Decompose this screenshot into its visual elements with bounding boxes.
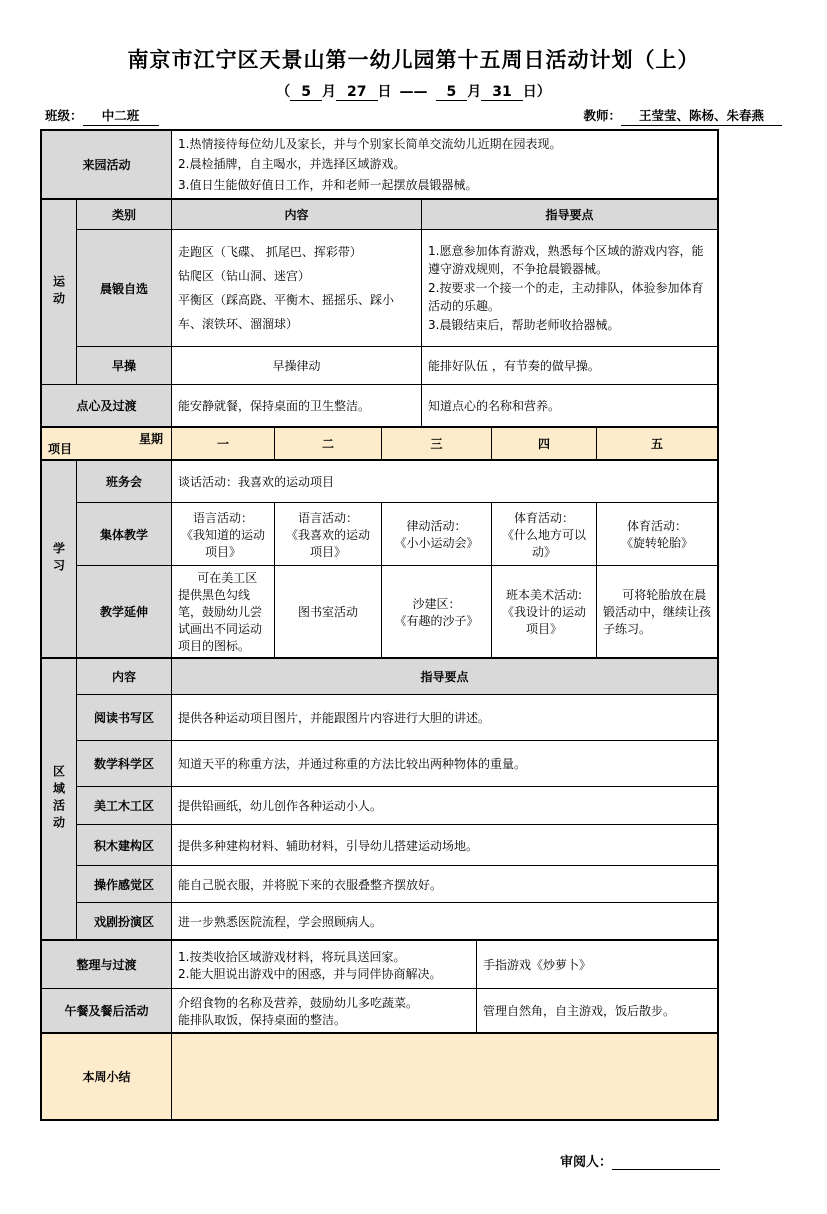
weekday-corner: 星期 项目 [42,428,172,459]
sport-header-category: 类别 [77,200,172,229]
row-extension: 教学延伸 可在美工区提供黑色勾线笔，鼓励幼儿尝试画出不同运动项目的图标。 图书室… [77,566,717,657]
row-morning-exercise: 晨锻自选 走跑区（飞碟、 抓尾巴、挥彩带） 钻爬区（钻山洞、迷宫） 平衡区（踩高… [77,230,717,347]
group-teaching-fri: 体育活动： 《旋转轮胎》 [597,503,717,565]
extension-wed: 沙建区： 《有趣的沙子》 [382,566,492,657]
section-learning: 学习 班务会 谈话活动：我喜欢的运动项目 集体教学 语言活动： 《我知道的运动项… [42,461,717,659]
region-row-math: 数学科学区 知道天平的称重方法，并通过称重的方法比较出两种物体的重量。 [77,741,717,787]
group-teaching-wed: 律动活动： 《小小运动会》 [382,503,492,565]
morning-label: 晨锻自选 [77,230,172,346]
sport-header-row: 类别 内容 指导要点 [77,200,717,230]
tidy-content: 1.按类收拾区域游戏材料，将玩具送回家。 2.能大胆说出游戏中的困惑，并与同伴协… [172,941,477,988]
info-line: 班级：中二班 教师：王莹莹、陈杨、朱春燕 [45,106,782,126]
date-month-char-1: 月 [322,84,336,100]
summary-label: 本周小结 [42,1034,172,1119]
class-label: 班级： [45,108,83,123]
snack-label: 点心及过渡 [42,385,172,426]
teacher-field: 教师：王莹莹、陈杨、朱春燕 [583,106,782,126]
page-title: 南京市江宁区天景山第一幼儿园第十五周日活动计划（上） [0,44,827,74]
region-label: 区域活动 [42,659,77,939]
class-field: 班级：中二班 [45,106,159,126]
drama-area-text: 进一步熟悉医院流程，学会照顾病人。 [172,903,717,939]
group-teaching-label: 集体教学 [77,503,172,565]
morning-content: 走跑区（飞碟、 抓尾巴、挥彩带） 钻爬区（钻山洞、迷宫） 平衡区（踩高跷、平衡木… [172,230,422,346]
lunch-content: 介绍食物的名称及营养，鼓励幼儿多吃蔬菜。 能排队取饭，保持桌面的整洁。 [172,989,477,1032]
lunch-points: 管理自然角，自主游戏，饭后散步。 [477,989,717,1032]
section-sport: 运动 类别 内容 指导要点 晨锻自选 走跑区（飞碟、 抓尾巴、挥彩带） 钻爬区（… [42,200,717,385]
teacher-label: 教师： [583,108,621,123]
corner-project-label: 项目 [48,440,72,457]
sport-header-points: 指导要点 [422,200,717,229]
art-area-text: 提供铅画纸，幼儿创作各种运动小人。 [172,787,717,824]
row-snack: 点心及过渡 能安静就餐，保持桌面的卫生整洁。 知道点心的名称和营养。 [42,385,717,428]
extension-fri: 可将轮胎放在晨锻活动中，继续让孩子练习。 [597,566,717,657]
drama-area-label: 戏剧扮演区 [77,903,172,939]
snack-points: 知道点心的名称和营养。 [422,385,717,426]
sport-label: 运动 [42,200,77,384]
row-group-teaching: 集体教学 语言活动： 《我知道的运动项目》 语言活动： 《我喜欢的运动项目》 律… [77,503,717,566]
date-close: 日） [523,84,551,100]
extension-label: 教学延伸 [77,566,172,657]
section-region: 区域活动 内容 指导要点 阅读书写区 提供各种运动项目图片，并能跟图片内容进行大… [42,659,717,941]
summary-content [172,1034,717,1119]
tidy-points: 手指游戏《炒萝卜》 [477,941,717,988]
group-teaching-thu: 体育活动： 《什么地方可以动》 [492,503,597,565]
date-month-2: 5 [436,84,468,101]
reading-area-text: 提供各种运动项目图片，并能跟图片内容进行大胆的讲述。 [172,695,717,740]
class-value: 中二班 [83,106,159,126]
date-month-1: 5 [290,84,322,101]
region-row-blocks: 积木建构区 提供多种建构材料、辅助材料，引导幼儿搭建运动场地。 [77,825,717,866]
reviewer-label: 审阅人： [560,1155,612,1170]
arrival-label: 来园活动 [42,131,172,198]
region-header-points: 指导要点 [172,659,717,694]
tidy-label: 整理与过渡 [42,941,172,988]
reviewer-blank [612,1155,720,1170]
lunch-label: 午餐及餐后活动 [42,989,172,1032]
sport-header-content: 内容 [172,200,422,229]
date-month-char-2: 月 [467,84,481,100]
row-lunch: 午餐及餐后活动 介绍食物的名称及营养，鼓励幼儿多吃蔬菜。 能排队取饭，保持桌面的… [42,989,717,1034]
art-area-label: 美工木工区 [77,787,172,824]
drill-content: 早操律动 [172,347,422,384]
weekday-thu: 四 [492,428,597,459]
reading-area-label: 阅读书写区 [77,695,172,740]
class-meeting-label: 班务会 [77,461,172,502]
math-area-text: 知道天平的称重方法，并通过称重的方法比较出两种物体的重量。 [172,741,717,786]
region-row-sensory: 操作感觉区 能自己脱衣服，并将脱下来的衣服叠整齐摆放好。 [77,866,717,903]
learning-label: 学习 [42,461,77,657]
region-row-art: 美工木工区 提供铅画纸，幼儿创作各种运动小人。 [77,787,717,825]
document-page: 南京市江宁区天景山第一幼儿园第十五周日活动计划（上） （5月27日——5月31日… [0,44,827,1170]
group-teaching-mon: 语言活动： 《我知道的运动项目》 [172,503,275,565]
weekday-mon: 一 [172,428,275,459]
group-teaching-tue: 语言活动： 《我喜欢的运动项目》 [275,503,382,565]
row-summary: 本周小结 [42,1034,717,1119]
extension-mon: 可在美工区提供黑色勾线笔，鼓励幼儿尝试画出不同运动项目的图标。 [172,566,275,657]
region-header-row: 内容 指导要点 [77,659,717,695]
snack-content: 能安静就餐，保持桌面的卫生整洁。 [172,385,422,426]
activity-plan-table: 来园活动 1.热情接待每位幼儿及家长，并与个别家长简单交流幼儿近期在园表现。 2… [40,129,719,1121]
date-open: （ [276,84,290,100]
date-day-2: 31 [481,84,522,101]
math-area-label: 数学科学区 [77,741,172,786]
date-dash: —— [392,84,436,100]
weekday-tue: 二 [275,428,382,459]
morning-points: 1.愿意参加体育游戏，熟悉每个区域的游戏内容，能遵守游戏规则，不争抢晨锻器械。 … [422,230,717,346]
corner-week-label: 星期 [139,430,163,447]
sensory-area-text: 能自己脱衣服，并将脱下来的衣服叠整齐摆放好。 [172,866,717,902]
arrival-content: 1.热情接待每位幼儿及家长，并与个别家长简单交流幼儿近期在园表现。 2.晨检插牌… [172,131,717,198]
weekday-fri: 五 [597,428,717,459]
extension-tue: 图书室活动 [275,566,382,657]
row-tidy: 整理与过渡 1.按类收拾区域游戏材料，将玩具送回家。 2.能大胆说出游戏中的困惑… [42,941,717,989]
region-row-reading: 阅读书写区 提供各种运动项目图片，并能跟图片内容进行大胆的讲述。 [77,695,717,741]
class-meeting-content: 谈话活动：我喜欢的运动项目 [172,461,717,502]
date-day-char-1: 日 [378,84,392,100]
weekday-wed: 三 [382,428,492,459]
region-row-drama: 戏剧扮演区 进一步熟悉医院流程，学会照顾病人。 [77,903,717,939]
drill-label: 早操 [77,347,172,384]
row-drill: 早操 早操律动 能排好队伍 ，有节奏的做早操。 [77,347,717,384]
blocks-area-text: 提供多种建构材料、辅助材料，引导幼儿搭建运动场地。 [172,825,717,865]
reviewer-line: 审阅人： [0,1151,827,1170]
sensory-area-label: 操作感觉区 [77,866,172,902]
date-range: （5月27日——5月31日） [0,81,827,101]
row-weekdays: 星期 项目 一 二 三 四 五 [42,428,717,461]
drill-points: 能排好队伍 ，有节奏的做早操。 [422,347,717,384]
date-day-1: 27 [336,84,377,101]
teacher-value: 王莹莹、陈杨、朱春燕 [621,106,782,126]
region-header-content: 内容 [77,659,172,694]
blocks-area-label: 积木建构区 [77,825,172,865]
row-class-meeting: 班务会 谈话活动：我喜欢的运动项目 [77,461,717,503]
row-arrival: 来园活动 1.热情接待每位幼儿及家长，并与个别家长简单交流幼儿近期在园表现。 2… [42,131,717,200]
extension-thu: 班本美术活动: 《我设计的运动项目》 [492,566,597,657]
